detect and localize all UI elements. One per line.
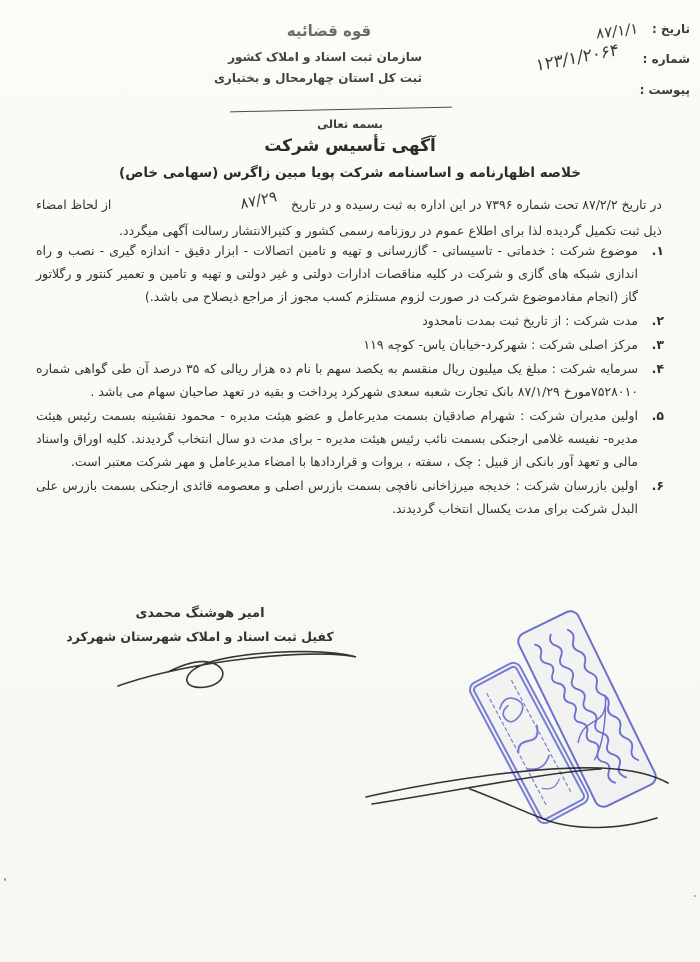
page-subtitle: خلاصه اظهارنامه و اساسنامه شرکت پویا مبی… [0,165,700,181]
date-label: تاریخ : [652,22,690,36]
list-item: ۳. مرکز اصلی شرکت : شهرکرد-خیابان یاس- ک… [36,333,664,356]
besmellah: بسمه تعالی [0,117,700,131]
intro-paragraph: در تاریخ ۸۷/۲/۲ تحت شماره ۷۳۹۶ در این اد… [36,193,662,242]
signatory-name: امیر هوشنگ محمدی [58,606,342,621]
handwritten-number: ۱۲۳/۱/۲۰۶۴ [536,40,620,76]
signatory-title: کفیل ثبت اسناد و املاک شهرستان شهرکرد [58,629,342,644]
list-item-number: ۵. [638,404,664,473]
scan-speck [694,895,696,897]
list-item-number: ۶. [638,474,664,520]
list-item: ۴. سرمایه شرکت : مبلغ یک میلیون ریال منق… [36,357,664,403]
list-item-text: موضوع شرکت : خدماتی - تاسیساتی - گازرسان… [36,239,638,308]
scan-speck [4,878,6,881]
organization-name: سازمان ثبت اسناد و املاک کشور [236,50,422,64]
number-label: شماره : [643,52,690,66]
handwritten-registration-date: ۸۷/۲۹ [239,185,278,216]
list-item-text: مرکز اصلی شرکت : شهرکرد-خیابان یاس- کوچه… [36,333,638,356]
judiciary-logo: قوه قضائیه [236,22,422,41]
intro-text-part2: از لحاظ امضاء [36,193,111,216]
list-item-text: اولین مدیران شرکت : شهرام صادقیان بسمت م… [36,404,638,473]
attachment-label: پیوست : [640,83,690,97]
letterhead: قوه قضائیه سازمان ثبت اسناد و املاک کشور… [236,22,422,92]
list-item: ۱. موضوع شرکت : خدماتی - تاسیساتی - گازر… [36,239,664,308]
list-item-number: ۱. [638,239,664,308]
list-item-text: سرمایه شرکت : مبلغ یک میلیون ریال منقسم … [36,357,638,403]
list-item-text: اولین بازرسان شرکت : خدیجه میرزاخانی ناف… [36,474,638,520]
header-divider [230,107,452,113]
clause-list: ۱. موضوع شرکت : خدماتی - تاسیساتی - گازر… [36,239,664,521]
list-item: ۵. اولین مدیران شرکت : شهرام صادقیان بسم… [36,404,664,473]
province-office-name: ثبت کل استان چهارمحال و بختیاری [236,71,422,85]
scanned-document-page: قوه قضائیه سازمان ثبت اسناد و املاک کشور… [0,0,700,962]
intro-line1: در تاریخ ۸۷/۲/۲ تحت شماره ۷۳۹۶ در این اد… [36,193,662,216]
list-item-text: مدت شرکت : از تاریخ ثبت بمدت نامحدود [36,309,638,332]
list-item: ۲. مدت شرکت : از تاریخ ثبت بمدت نامحدود [36,309,664,332]
list-item-number: ۴. [638,357,664,403]
signatory-block: امیر هوشنگ محمدی کفیل ثبت اسناد و املاک … [58,606,342,644]
page-title: آگهی تأسیس شرکت [0,136,700,156]
intro-text-part1: در تاریخ ۸۷/۲/۲ تحت شماره ۷۳۹۶ در این اد… [291,193,662,216]
list-item-number: ۲. [638,309,664,332]
list-item: ۶. اولین بازرسان شرکت : خدیجه میرزاخانی … [36,474,664,520]
list-item-number: ۳. [638,333,664,356]
